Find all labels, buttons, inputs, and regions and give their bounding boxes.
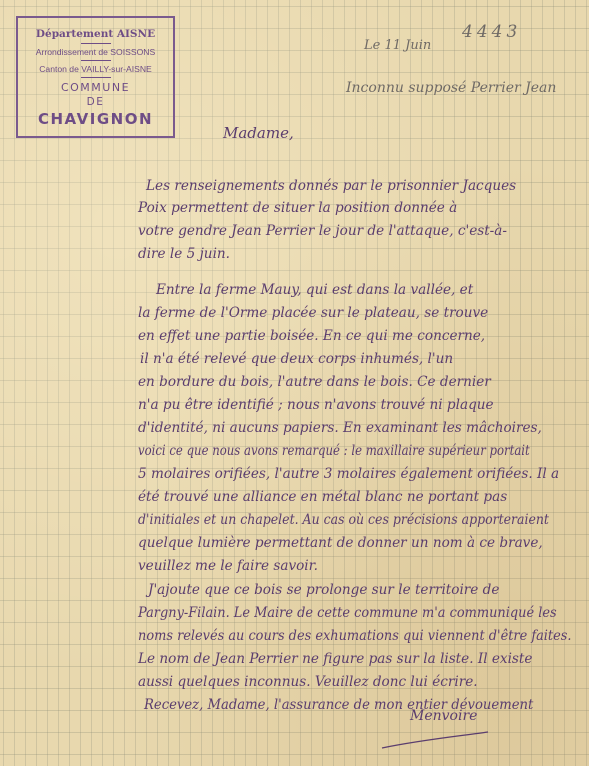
letter-date: Le 11 Juin: [364, 38, 431, 53]
letter-page: Département AISNE Arrondissement de SOIS…: [0, 0, 589, 766]
stamp-divider: [81, 77, 111, 78]
body-line: J'ajoute que ce bois se prolonge sur le …: [148, 582, 499, 598]
body-line: été trouvé une alliance en métal blanc n…: [138, 489, 507, 505]
stamp-de: DE: [18, 95, 173, 109]
body-line: voici ce que nous avons remarqué : le ma…: [138, 443, 530, 459]
body-line: en bordure du bois, l'autre dans le bois…: [138, 374, 491, 390]
salutation: Madame,: [223, 124, 294, 142]
stamp-arrondissement: Arrondissement de SOISSONS: [18, 47, 173, 57]
body-line: Entre la ferme Mauy, qui est dans la val…: [156, 282, 473, 298]
commune-stamp: Département AISNE Arrondissement de SOIS…: [16, 16, 175, 138]
reference-number: 4443: [462, 22, 521, 42]
stamp-divider: [81, 43, 111, 44]
body-line: Pargny-Filain. Le Maire de cette commune…: [138, 605, 557, 621]
body-line: noms relevés au cours des exhumations qu…: [138, 628, 571, 644]
signature: Menvoire: [410, 708, 477, 724]
body-line: Les renseignements donnés par le prisonn…: [146, 178, 516, 194]
stamp-divider: [81, 60, 111, 61]
signature-flourish: [380, 730, 490, 750]
body-line: aussi quelques inconnus. Veuillez donc l…: [138, 674, 478, 690]
body-line: d'identité, ni aucuns papiers. En examin…: [138, 420, 542, 436]
stamp-department: Département AISNE: [18, 28, 173, 40]
letter-subject: Inconnu supposé Perrier Jean: [346, 80, 556, 96]
body-line: d'initiales et un chapelet. Au cas où ce…: [138, 512, 549, 528]
body-line: il n'a été relevé que deux corps inhumés…: [140, 351, 453, 367]
body-line: votre gendre Jean Perrier le jour de l'a…: [138, 223, 507, 239]
body-line: n'a pu être identifié ; nous n'avons tro…: [138, 397, 494, 413]
body-line: Le nom de Jean Perrier ne figure pas sur…: [138, 651, 532, 667]
body-line: 5 molaires orifiées, l'autre 3 molaires …: [138, 466, 559, 482]
body-line: Poix permettent de situer la position do…: [138, 200, 457, 216]
body-line: la ferme de l'Orme placée sur le plateau…: [138, 305, 488, 321]
body-line: dire le 5 juin.: [138, 246, 230, 262]
body-line: quelque lumière permettant de donner un …: [138, 535, 543, 551]
body-line: veuillez me le faire savoir.: [138, 558, 318, 574]
stamp-commune-label: COMMUNE: [18, 81, 173, 95]
stamp-commune-name: CHAVIGNON: [18, 109, 173, 129]
stamp-canton: Canton de VAILLY-sur-AISNE: [18, 64, 173, 74]
body-line: en effet une partie boisée. En ce qui me…: [138, 328, 485, 344]
